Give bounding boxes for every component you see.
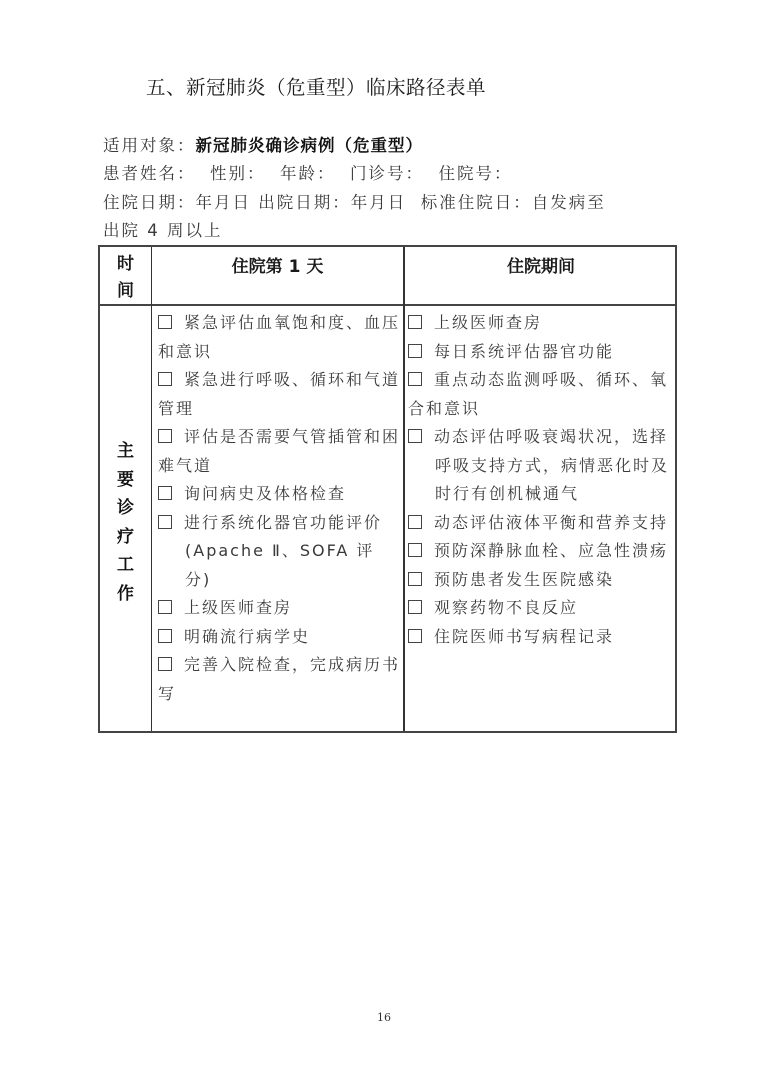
checklist-item[interactable]: 动态评估呼吸衰竭状况，选择呼吸支持方式，病情恶化时及时行有创机械通气	[408, 423, 673, 509]
column-divider-1	[151, 247, 152, 731]
checklist-item[interactable]: 每日系统评估器官功能	[408, 338, 673, 367]
checkbox-icon[interactable]	[408, 372, 422, 386]
checkbox-icon[interactable]	[408, 629, 422, 643]
checkbox-icon[interactable]	[408, 600, 422, 614]
checkbox-icon[interactable]	[408, 572, 422, 586]
checklist-item[interactable]: 观察药物不良反应	[408, 594, 673, 623]
checklist-item[interactable]: 上级医师查房	[158, 594, 400, 623]
checkbox-icon[interactable]	[158, 515, 172, 529]
checklist-item[interactable]: 上级医师查房	[408, 309, 673, 338]
day1-column: 紧急评估血氧饱和度、血压和意识 紧急进行呼吸、循环和气道管理 评估是否需要气管插…	[158, 309, 400, 708]
checkbox-icon[interactable]	[158, 315, 172, 329]
column-divider-2	[403, 247, 405, 731]
header-divider	[100, 304, 675, 306]
checklist-item[interactable]: 进行系统化器官功能评价(Apache Ⅱ、SOFA 评分)	[158, 509, 400, 595]
checklist-item[interactable]: 紧急评估血氧饱和度、血压和意识	[158, 309, 400, 366]
dates-line-continued: 出院 4 周以上	[103, 217, 223, 241]
period-column: 上级医师查房 每日系统评估器官功能 重点动态监测呼吸、循环、氧合和意识 动态评估…	[408, 309, 673, 651]
checkbox-icon[interactable]	[408, 344, 422, 358]
header-time-label: 时间	[117, 254, 134, 301]
checklist-item[interactable]: 预防深静脉血栓、应急性溃疡	[408, 537, 673, 566]
checklist-item[interactable]: 动态评估液体平衡和营养支持	[408, 509, 673, 538]
checklist-item[interactable]: 住院医师书写病程记录	[408, 623, 673, 652]
checkbox-icon[interactable]	[158, 629, 172, 643]
checkbox-icon[interactable]	[408, 543, 422, 557]
checklist-item[interactable]: 询问病史及体格检查	[158, 480, 400, 509]
checklist-item[interactable]: 评估是否需要气管插管和困难气道	[158, 423, 400, 480]
row-label-main-work: 主要诊疗工作	[100, 437, 151, 608]
checkbox-icon[interactable]	[158, 600, 172, 614]
checklist-item[interactable]: 重点动态监测呼吸、循环、氧合和意识	[408, 366, 673, 423]
checkbox-icon[interactable]	[408, 315, 422, 329]
checkbox-icon[interactable]	[158, 657, 172, 671]
checkbox-icon[interactable]	[158, 429, 172, 443]
checklist-item[interactable]: 完善入院检查，完成病历书写	[158, 651, 400, 708]
applicable-value: 新冠肺炎确诊病例（危重型）	[196, 136, 424, 155]
checkbox-icon[interactable]	[408, 429, 422, 443]
row-label-text: 主要诊疗工作	[117, 441, 134, 604]
page-title: 五、新冠肺炎（危重型）临床路径表单	[146, 72, 486, 100]
checklist-item[interactable]: 明确流行病学史	[158, 623, 400, 652]
applicable-label: 适用对象：	[103, 136, 196, 155]
dates-line: 住院日期：年月日 出院日期：年月日 标准住院日：自发病至	[103, 189, 606, 213]
checklist-item[interactable]: 预防患者发生医院感染	[408, 566, 673, 595]
header-period: 住院期间	[405, 252, 677, 277]
applicable-line: 适用对象：新冠肺炎确诊病例（危重型）	[103, 132, 423, 156]
clinical-pathway-table: 时间 住院第 1 天 住院期间 主要诊疗工作 紧急评估血氧饱和度、血压和意识 紧…	[98, 245, 677, 733]
header-day1: 住院第 1 天	[152, 252, 403, 277]
checklist-item[interactable]: 紧急进行呼吸、循环和气道管理	[158, 366, 400, 423]
header-time: 时间	[100, 251, 151, 305]
patient-info-line: 患者姓名： 性别： 年龄： 门诊号： 住院号：	[103, 160, 512, 184]
checkbox-icon[interactable]	[408, 515, 422, 529]
checkbox-icon[interactable]	[158, 486, 172, 500]
page-number: 16	[0, 1011, 768, 1024]
checkbox-icon[interactable]	[158, 372, 172, 386]
